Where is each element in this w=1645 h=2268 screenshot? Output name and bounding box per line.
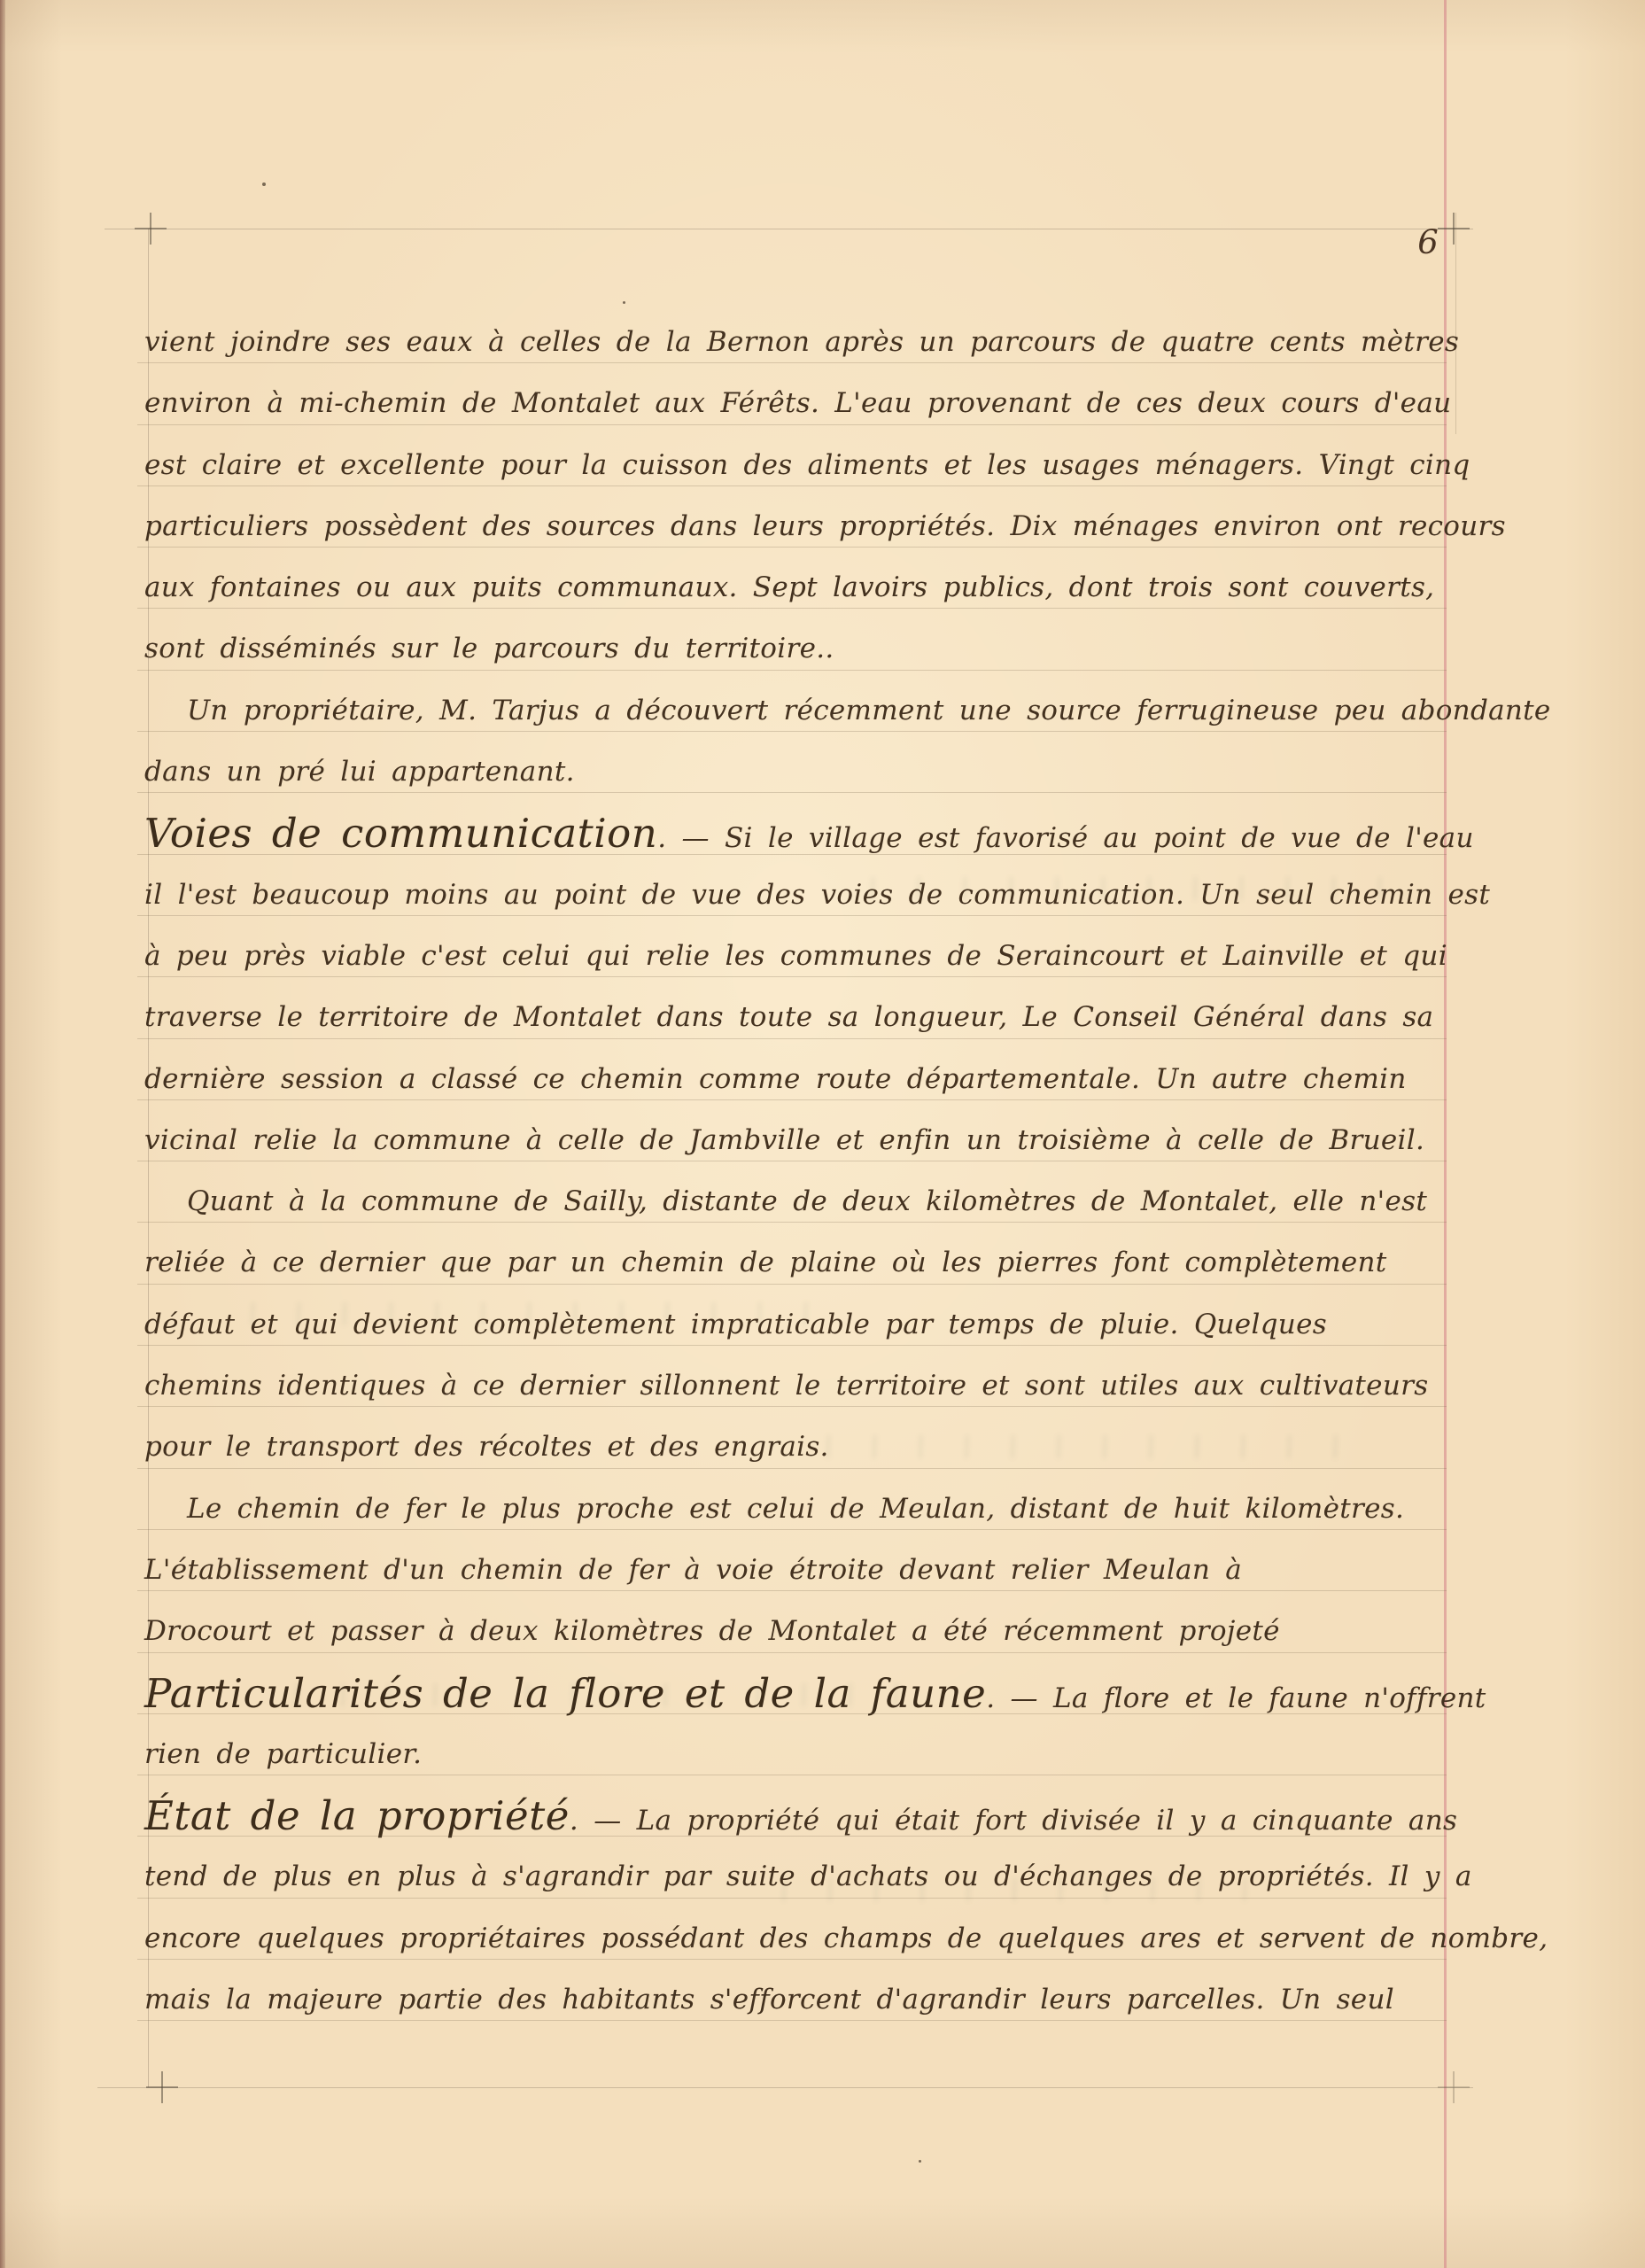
section-heading: Particularités de la flore et de la faun… (144, 1670, 986, 1717)
manuscript-line: rien de particulier. (144, 1724, 1447, 1785)
manuscript-line: Particularités de la flore et de la faun… (144, 1663, 1447, 1724)
ink-speck (623, 301, 625, 304)
line-text: reliée à ce dernier que par un chemin de… (144, 1247, 1387, 1278)
line-text: est claire et excellente pour la cuisson… (144, 449, 1470, 481)
manuscript-line: tend de plus en plus à s'agrandir par su… (144, 1846, 1447, 1907)
manuscript-line: défaut et qui devient complètement impra… (144, 1294, 1447, 1355)
line-text: vient joindre ses eaux à celles de la Be… (144, 326, 1459, 358)
manuscript-line: dernière session a classé ce chemin comm… (144, 1049, 1447, 1110)
line-text: Quant à la commune de Sailly, distante d… (187, 1185, 1427, 1217)
manuscript-line: aux fontaines ou aux puits communaux. Se… (144, 557, 1447, 618)
ink-speck (919, 2160, 921, 2163)
manuscript-line: encore quelques propriétaires possédant … (144, 1908, 1447, 1969)
manuscript-line: Voies de communication. — Si le village … (144, 803, 1447, 864)
line-text: Le chemin de fer le plus proche est celu… (187, 1493, 1404, 1525)
pencil-bottom-line (97, 2087, 1473, 2088)
manuscript-line: pour le transport des récoltes et des en… (144, 1417, 1447, 1478)
manuscript-line: traverse le territoire de Montalet dans … (144, 987, 1447, 1048)
manuscript-line: vient joindre ses eaux à celles de la Be… (144, 312, 1447, 373)
line-text: mais la majeure partie des habitants s'e… (144, 1984, 1394, 2016)
line-text: environ à mi-chemin de Montalet aux Férê… (144, 387, 1451, 419)
manuscript-line: Drocourt et passer à deux kilomètres de … (144, 1601, 1447, 1662)
pencil-top-line (105, 229, 1473, 229)
line-text: sont disséminés sur le parcours du terri… (144, 633, 834, 664)
register-cross-bottom-right (1438, 2071, 1470, 2103)
line-text: . — La flore et le faune n'offrent (986, 1682, 1486, 1714)
line-text: il l'est beaucoup moins au point de vue … (144, 879, 1490, 911)
register-cross-bottom-left (146, 2071, 178, 2103)
register-cross-top-left (135, 213, 167, 245)
line-text: dernière session a classé ce chemin comm… (144, 1063, 1407, 1095)
line-text: Drocourt et passer à deux kilomètres de … (144, 1615, 1280, 1647)
manuscript-line: Le chemin de fer le plus proche est celu… (144, 1479, 1447, 1540)
line-text: à peu près viable c'est celui qui relie … (144, 940, 1447, 972)
line-text: . — Si le village est favorisé au point … (657, 822, 1474, 854)
manuscript-line: particuliers possèdent des sources dans … (144, 496, 1447, 557)
manuscript-page: 6 vient joindre ses eaux à celles de la … (0, 0, 1645, 2268)
pencil-right-segment (1455, 213, 1456, 434)
section-heading: État de la propriété (144, 1792, 570, 1839)
page-number: 6 (1410, 223, 1446, 261)
line-text: . — La propriété qui était fort divisée … (570, 1805, 1457, 1837)
binding-edge (0, 0, 5, 2268)
manuscript-line: dans un pré lui appartenant. (144, 742, 1447, 803)
line-text: défaut et qui devient complètement impra… (144, 1309, 1327, 1340)
manuscript-text: vient joindre ses eaux à celles de la Be… (144, 312, 1447, 2031)
line-text: tend de plus en plus à s'agrandir par su… (144, 1860, 1472, 1892)
line-text: rien de particulier. (144, 1738, 422, 1770)
line-text: particuliers possèdent des sources dans … (144, 510, 1506, 542)
manuscript-line: sont disséminés sur le parcours du terri… (144, 618, 1447, 680)
manuscript-line: Quant à la commune de Sailly, distante d… (144, 1171, 1447, 1232)
manuscript-line: il l'est beaucoup moins au point de vue … (144, 865, 1447, 926)
section-heading: Voies de communication (144, 810, 657, 857)
line-text: L'établissement d'un chemin de fer à voi… (144, 1554, 1242, 1586)
line-text: chemins identiques à ce dernier sillonne… (144, 1370, 1428, 1402)
manuscript-line: vicinal relie la commune à celle de Jamb… (144, 1110, 1447, 1171)
manuscript-line: Un propriétaire, M. Tarjus a découvert r… (144, 680, 1447, 742)
manuscript-line: à peu près viable c'est celui qui relie … (144, 926, 1447, 987)
manuscript-line: environ à mi-chemin de Montalet aux Férê… (144, 373, 1447, 434)
manuscript-line: chemins identiques à ce dernier sillonne… (144, 1355, 1447, 1417)
line-text: encore quelques propriétaires possédant … (144, 1922, 1548, 1954)
line-text: traverse le territoire de Montalet dans … (144, 1001, 1433, 1033)
manuscript-line: État de la propriété. — La propriété qui… (144, 1785, 1447, 1846)
ink-speck (262, 183, 266, 186)
line-text: aux fontaines ou aux puits communaux. Se… (144, 571, 1434, 603)
manuscript-line: mais la majeure partie des habitants s'e… (144, 1969, 1447, 2031)
manuscript-line: reliée à ce dernier que par un chemin de… (144, 1232, 1447, 1293)
line-text: vicinal relie la commune à celle de Jamb… (144, 1124, 1424, 1156)
manuscript-line: est claire et excellente pour la cuisson… (144, 435, 1447, 496)
line-text: pour le transport des récoltes et des en… (144, 1431, 829, 1463)
line-text: Un propriétaire, M. Tarjus a découvert r… (187, 695, 1551, 726)
manuscript-line: L'établissement d'un chemin de fer à voi… (144, 1540, 1447, 1601)
line-text: dans un pré lui appartenant. (144, 756, 575, 788)
